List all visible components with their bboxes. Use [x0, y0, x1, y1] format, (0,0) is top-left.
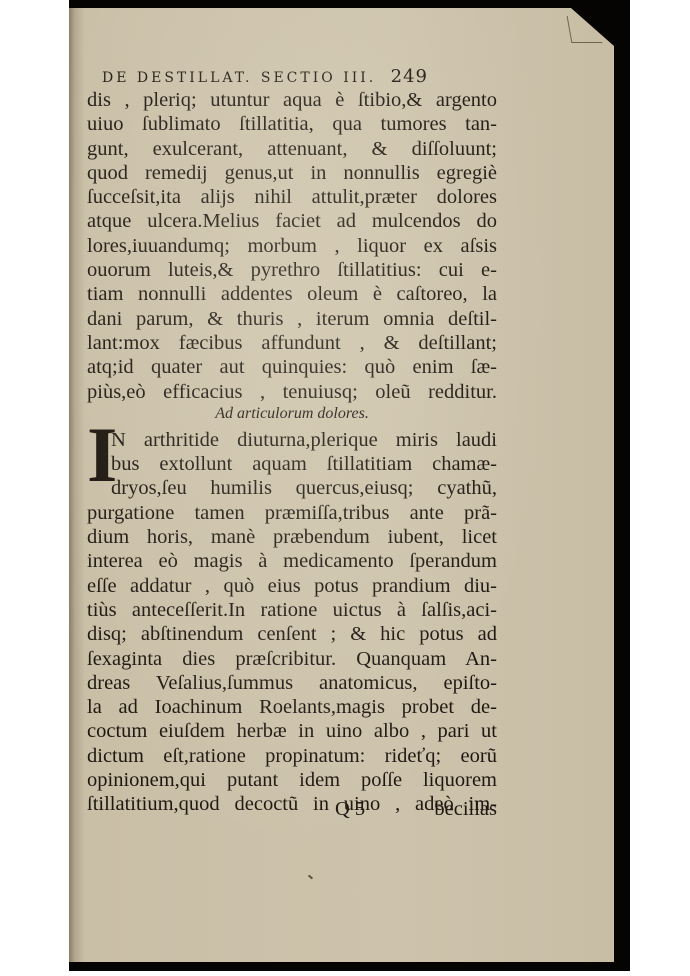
text-line: interea eò magis à medicamento ſperandum [87, 549, 497, 573]
text-line: gunt, exulcerant, attenuant, & diſſoluun… [87, 137, 497, 161]
text-line: ouorum luteis,& pyrethro ſtillatitius: c… [87, 258, 497, 282]
text-line: dictum eſt,ratione propinatum: rideťq; e… [87, 744, 497, 768]
signature-mark: Q 5 [335, 798, 365, 821]
text-line: disq; abſtinendum cenſent ; & hic potus … [87, 622, 497, 646]
running-head-section: SECTIO III. [261, 70, 376, 86]
text-line: coctum eiuſdem herbæ in uino albo , pari… [87, 719, 497, 743]
book-page: DE DESTILLAT. SECTIO III. 249 dis , pler… [69, 8, 614, 962]
text-line: ſucceſsit,ita alijs nihil attulit,præter… [87, 185, 497, 209]
text-line: dani parum, & thuris , iterum omnia deſt… [87, 307, 497, 331]
running-head: DE DESTILLAT. SECTIO III. 249 [102, 66, 522, 87]
folded-corner [567, 16, 603, 43]
text-line: uiuo ſublimato ſtillatitia, qua tumores … [87, 112, 497, 136]
drop-cap: I [87, 420, 117, 490]
text-line: tiam nonnulli addentes oleum è caſtoreo,… [87, 282, 497, 306]
text-line: piùs,eò efficacius , tenuiusq; oleũ redd… [87, 380, 497, 404]
text-line: dium horis, manè præbendum iubent, licet [87, 525, 497, 549]
text-line: bus extollunt aquam ſtillatitiam chamæ- [87, 452, 497, 476]
paper-speck [308, 875, 313, 880]
section-heading: Ad articulorum dolores. [87, 404, 497, 424]
text-line: purgatione tamen præmiſſa,tribus ante pr… [87, 501, 497, 525]
text-line: dis , pleriq; utuntur aqua è ſtibio,& ar… [87, 88, 497, 112]
catchword: becillas [434, 798, 497, 821]
text-line: dreas Veſalius,ſummus anatomicus, epiſto… [87, 671, 497, 695]
text-line: eſſe addatur , quò eius potus prandium d… [87, 574, 497, 598]
text-line: atq;id quater aut quinquies: quò enim ſæ… [87, 355, 497, 379]
text-line: la ad Ioachinum Roelants,magis probet de… [87, 695, 497, 719]
scan-frame: DE DESTILLAT. SECTIO III. 249 dis , pler… [69, 0, 630, 971]
text-line: dryos,ſeu humilis quercus,eiusq; cyathũ, [87, 476, 497, 500]
text-line: quod remedij genus,ut in nonnullis egreg… [87, 161, 497, 185]
text-line: ſexaginta dies præſcribitur. Quanquam An… [87, 647, 497, 671]
text-line: tiùs anteceſſerit.In ratione uictus à ſa… [87, 598, 497, 622]
text-line: lant:mox fæcibus affundunt , & deſtillan… [87, 331, 497, 355]
text-line: lores,iuuandumq; morbum , liquor ex aſsi… [87, 234, 497, 258]
text-line: opinionem,qui putant idem poſſe liquorem [87, 768, 497, 792]
text-line: N arthritide diuturna,plerique miris lau… [87, 428, 497, 452]
page-number: 249 [391, 66, 428, 87]
body-text: dis , pleriq; utuntur aqua è ſtibio,& ar… [87, 88, 497, 817]
running-head-title: DE DESTILLAT. [102, 70, 252, 86]
text-line: atque ulcera.Melius faciet ad mulcendos … [87, 209, 497, 233]
